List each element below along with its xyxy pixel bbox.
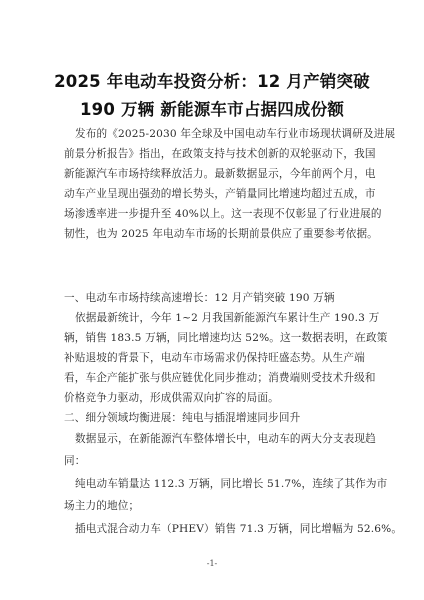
intro-paragraph-line: 新能源汽车市场持续释放活力。最新数据显示，今年前两个月，电: [64, 166, 361, 181]
section-1-paragraph-line: 看，车企产能扩张与供应链优化同步推动；消费端则受技术升级和: [64, 370, 361, 385]
document-title-line-2: 190 万辆 新能源车市占据四成份额: [0, 96, 424, 120]
phev-paragraph-line: 插电式混合动力车（PHEV）销售 71.3 万辆，同比增幅为 52.6%。: [75, 521, 361, 536]
document-title-line-1: 2025 年电动车投资分析：12 月产销突破: [0, 68, 424, 92]
intro-paragraph-line: 场渗透率进一步提升至 40%以上。这一表现不仅彰显了行业进展的: [64, 206, 361, 221]
bev-paragraph-line: 场主力的地位；: [64, 498, 361, 513]
section-2-paragraph-line: 数据显示，在新能源汽车整体增长中，电动车的两大分支表现趋: [75, 431, 361, 446]
intro-paragraph-line: 发布的《2025-2030 年全球及中国电动车行业市场现状调研及进展: [75, 126, 361, 141]
section-1-paragraph-line: 辆，销售 183.5 万辆，同比增速均达 52%。这一数据表明，在政策: [64, 330, 361, 345]
section-1-paragraph-line: 补贴退坡的背景下，电动车市场需求仍保持旺盛态势。从生产端: [64, 350, 361, 365]
bev-paragraph-line: 纯电动车销量达 112.3 万辆，同比增长 51.7%，连续了其作为市: [75, 476, 361, 491]
section-1-heading: 一、电动车市场持续高速增长：12 月产销突破 190 万辆: [64, 290, 361, 305]
page-number: -1-: [0, 559, 424, 568]
document-page: 2025 年电动车投资分析：12 月产销突破 190 万辆 新能源车市占据四成份…: [0, 0, 424, 600]
section-1-paragraph-line: 价格竞争力驱动，形成供需双向扩容的局面。: [64, 390, 361, 405]
intro-paragraph-line: 动车产业呈现出强劲的增长势头，产销量同比增速均超过五成，市: [64, 186, 361, 201]
section-1-paragraph-line: 依据最新统计，今年 1~2 月我国新能源汽车累计生产 190.3 万: [75, 310, 361, 325]
section-2-paragraph-line: 同：: [64, 453, 361, 468]
intro-paragraph-line: 前景分析报告》指出，在政策支持与技术创新的双轮驱动下，我国: [64, 146, 361, 161]
intro-paragraph-line: 韧性，也为 2025 年电动车市场的长期前景供应了重要参考依据。: [64, 226, 361, 241]
section-2-heading: 二、细分领域均衡进展：纯电与插混增速同步回升: [64, 410, 361, 425]
